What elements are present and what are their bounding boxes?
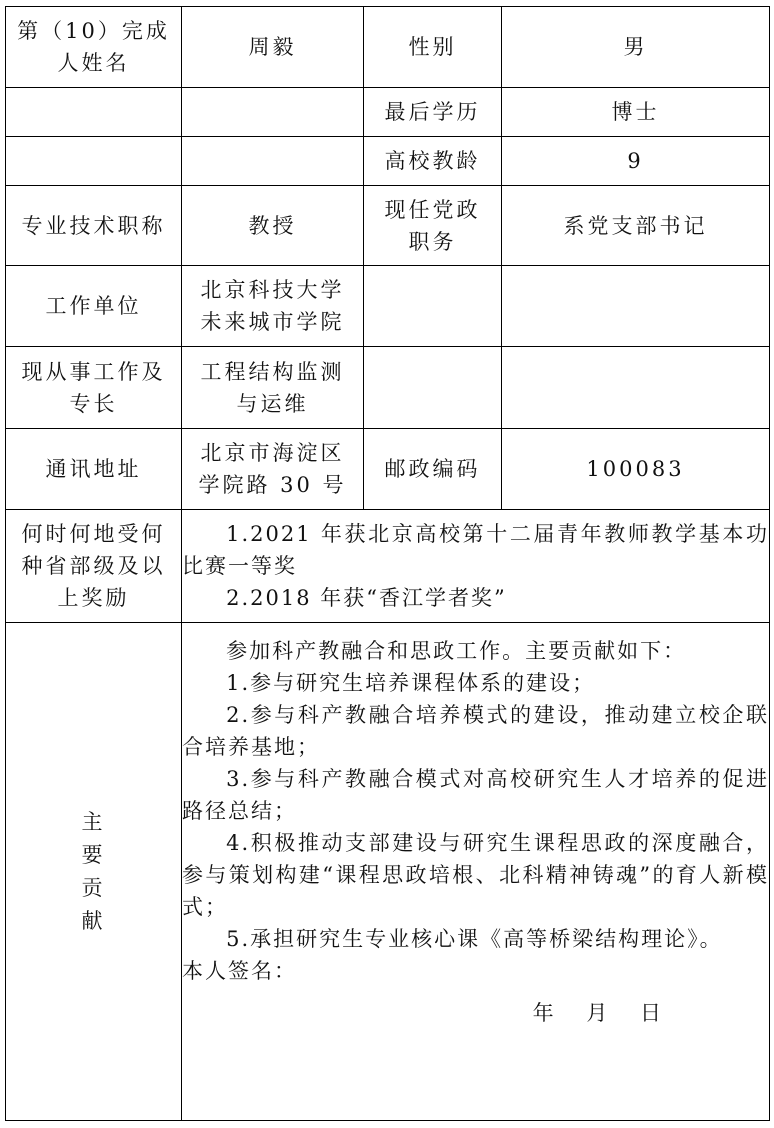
- awards-content: 1.2021 年获北京高校第十二届青年教师教学基本功比赛一等奖 2.2018 年…: [182, 510, 770, 623]
- address-label: 通讯地址: [6, 429, 182, 510]
- empty-cell: [6, 137, 182, 186]
- row-address: 通讯地址 北京市海淀区 学院路 30 号 邮政编码 100083: [6, 429, 770, 510]
- contribution-item: 1.参与研究生培养课程体系的建设；: [182, 667, 769, 699]
- gender-label: 性别: [364, 7, 502, 88]
- zip-label: 邮政编码: [364, 429, 502, 510]
- empty-cell: [182, 137, 364, 186]
- empty-cell: [502, 347, 770, 429]
- address-value: 北京市海淀区 学院路 30 号: [182, 429, 364, 510]
- contribution-item: 4.积极推动支部建设与研究生课程思政的深度融合，参与策划构建“课程思政培根、北科…: [182, 827, 769, 923]
- empty-cell: [364, 347, 502, 429]
- row-specialty: 现从事工作及 专长 工程结构监测 与运维: [6, 347, 770, 429]
- title-label: 专业技术职称: [6, 186, 182, 266]
- empty-cell: [502, 266, 770, 347]
- empty-cell: [6, 88, 182, 137]
- contributions-intro: 参加科产教融合和思政工作。主要贡献如下：: [182, 635, 769, 667]
- row-contributions: 主 要 贡 献 参加科产教融合和思政工作。主要贡献如下： 1.参与研究生培养课程…: [6, 623, 770, 1121]
- zip-value: 100083: [502, 429, 770, 510]
- name-value: 周毅: [182, 7, 364, 88]
- row-title: 专业技术职称 教授 现任党政 职务 系党支部书记: [6, 186, 770, 266]
- row-teaching-years: 高校教龄 9: [6, 137, 770, 186]
- row-education: 最后学历 博士: [6, 88, 770, 137]
- work-unit-value: 北京科技大学 未来城市学院: [182, 266, 364, 347]
- teaching-years-value: 9: [502, 137, 770, 186]
- award-item: 1.2021 年获北京高校第十二届青年教师教学基本功比赛一等奖: [182, 518, 769, 582]
- date-label: 年 月 日: [182, 997, 769, 1029]
- contributions-content: 参加科产教融合和思政工作。主要贡献如下： 1.参与研究生培养课程体系的建设； 2…: [182, 623, 770, 1121]
- specialty-value: 工程结构监测 与运维: [182, 347, 364, 429]
- contribution-item: 2.参与科产教融合培养模式的建设，推动建立校企联合培养基地；: [182, 699, 769, 763]
- work-unit-label: 工作单位: [6, 266, 182, 347]
- contribution-item: 3.参与科产教融合模式对高校研究生人才培养的促进路径总结；: [182, 763, 769, 827]
- empty-cell: [182, 88, 364, 137]
- gender-value: 男: [502, 7, 770, 88]
- awards-label: 何时何地受何 种省部级及以 上奖励: [6, 510, 182, 623]
- empty-cell: [364, 266, 502, 347]
- row-name: 第（10）完成 人姓名 周毅 性别 男: [6, 7, 770, 88]
- row-work-unit: 工作单位 北京科技大学 未来城市学院: [6, 266, 770, 347]
- award-item: 2.2018 年获“香江学者奖”: [182, 582, 769, 614]
- contribution-item: 5.承担研究生专业核心课《高等桥梁结构理论》。: [182, 923, 769, 955]
- specialty-label: 现从事工作及 专长: [6, 347, 182, 429]
- post-label: 现任党政 职务: [364, 186, 502, 266]
- name-label: 第（10）完成 人姓名: [6, 7, 182, 88]
- signature-label: 本人签名：: [182, 955, 769, 987]
- row-awards: 何时何地受何 种省部级及以 上奖励 1.2021 年获北京高校第十二届青年教师教…: [6, 510, 770, 623]
- title-value: 教授: [182, 186, 364, 266]
- education-label: 最后学历: [364, 88, 502, 137]
- post-value: 系党支部书记: [502, 186, 770, 266]
- education-value: 博士: [502, 88, 770, 137]
- contributions-label: 主 要 贡 献: [6, 623, 182, 1121]
- teaching-years-label: 高校教龄: [364, 137, 502, 186]
- nomination-form-table: 第（10）完成 人姓名 周毅 性别 男 最后学历 博士 高校教龄 9 专业技术职…: [5, 6, 770, 1121]
